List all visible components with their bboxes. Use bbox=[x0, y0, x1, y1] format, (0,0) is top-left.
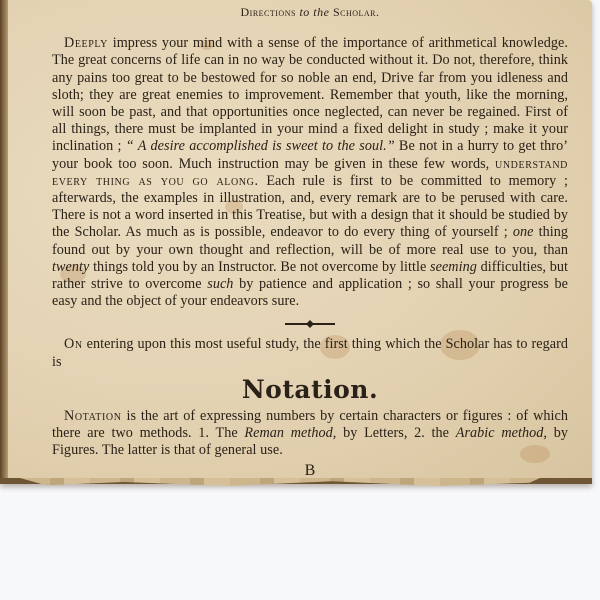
italic-word: twenty bbox=[52, 259, 89, 275]
paragraph-notation: Notation is the art of expressing number… bbox=[52, 408, 568, 460]
lead-word: On bbox=[64, 336, 83, 352]
signature-mark: B bbox=[52, 462, 568, 479]
italic-term: Reman method, bbox=[244, 425, 336, 441]
text-run: by Letters, 2. the bbox=[336, 425, 455, 441]
lead-word: Deeply bbox=[64, 35, 108, 51]
italic-word: such bbox=[207, 276, 233, 292]
running-head-part3: Scholar. bbox=[333, 5, 380, 19]
lead-word: Notation bbox=[64, 408, 122, 424]
paragraph-directions: Deeply impress your mind with a sense of… bbox=[52, 35, 568, 310]
text-run: impress your mind with a sense of the im… bbox=[52, 35, 568, 154]
running-head: Directions to the Scholar. bbox=[52, 4, 568, 21]
italic-word: one bbox=[513, 224, 534, 240]
italic-quote: “ A desire accomplished is sweet to the … bbox=[126, 138, 395, 154]
text-run: things told you by an Instructor. Be not… bbox=[89, 259, 430, 275]
torn-page-edge bbox=[20, 478, 540, 486]
ornamental-rule bbox=[285, 320, 335, 328]
page-text: Directions to the Scholar. Deeply impres… bbox=[52, 4, 568, 479]
book-page: Directions to the Scholar. Deeply impres… bbox=[0, 0, 592, 484]
italic-term: Arabic method, bbox=[456, 425, 547, 441]
text-run: entering upon this most useful study, th… bbox=[52, 336, 568, 369]
paragraph-entering: On entering upon this most useful study,… bbox=[52, 336, 568, 370]
italic-word: seeming bbox=[430, 259, 477, 275]
running-head-part1: Directions bbox=[240, 5, 295, 19]
page-gutter-edge bbox=[0, 0, 8, 478]
running-head-part2: to the bbox=[299, 5, 329, 19]
section-title-notation: Notation. bbox=[52, 381, 568, 398]
